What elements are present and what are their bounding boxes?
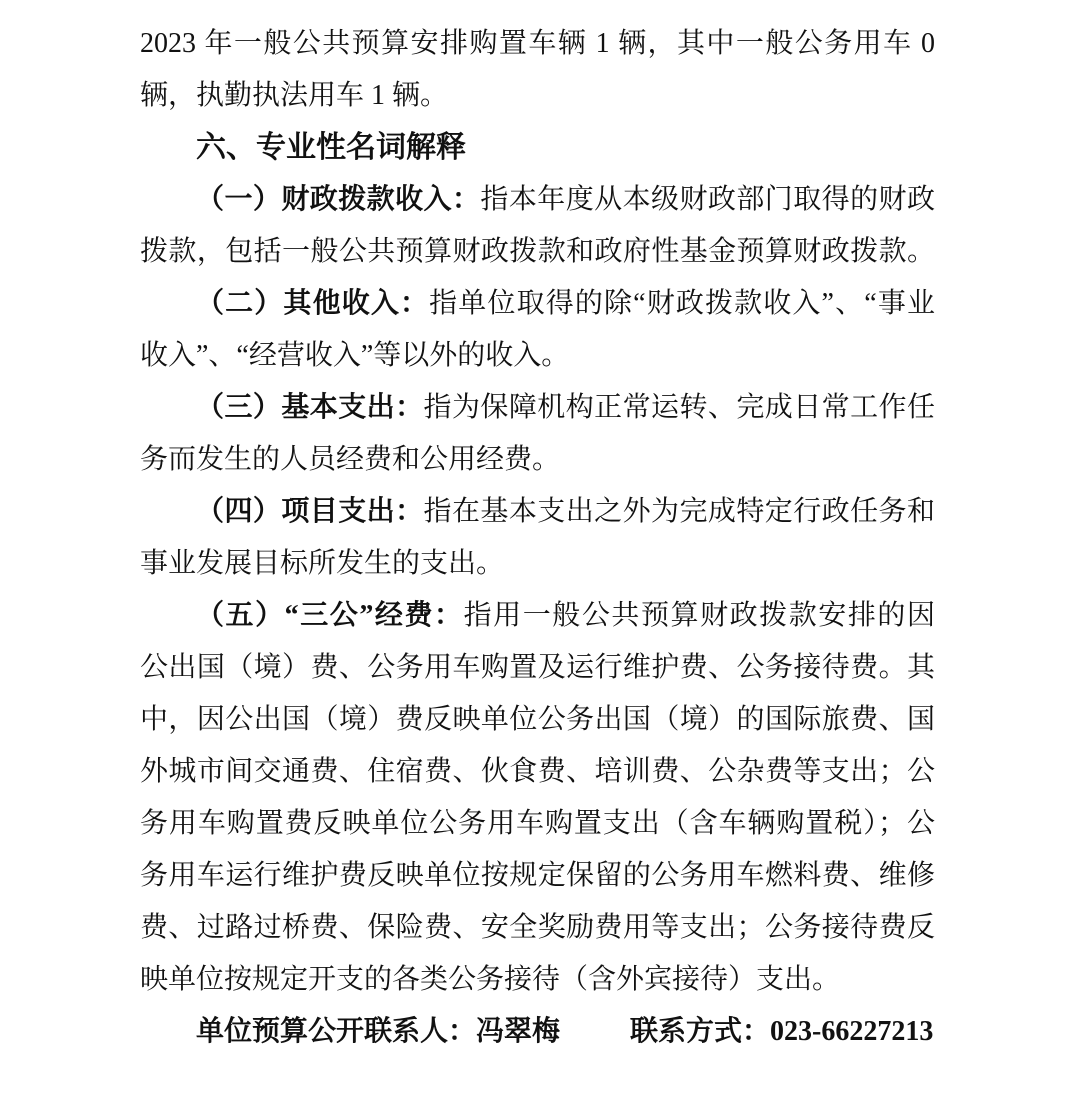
text-line: 映单位按规定开支的各类公务接待（含外宾接待）支出。 [140, 954, 935, 1006]
text-segment: 辆，执勤执法用车 1 辆。 [140, 80, 448, 111]
text-segment: 公出国（境）费、公务用车购置及运行维护费、公务接待费。其 [140, 652, 935, 683]
text-line: 外城市间交通费、住宿费、伙食费、培训费、公杂费等支出；公 [140, 746, 935, 798]
text-line: 收入”、“经营收入”等以外的收入。 [140, 330, 935, 382]
text-segment: 单位预算公开联系人：冯翠梅 [196, 1016, 560, 1047]
text-segment: （五）“三公”经费： [196, 600, 464, 631]
text-segment: 中，因公出国（境）费反映单位公务出国（境）的国际旅费、国 [140, 704, 935, 735]
text-segment: 映单位按规定开支的各类公务接待（含外宾接待）支出。 [140, 964, 840, 995]
text-line: （一）财政拨款收入：指本年度从本级财政部门取得的财政 [140, 174, 935, 226]
text-line: 务而发生的人员经费和公用经费。 [140, 434, 935, 486]
text-segment: 2023 年一般公共预算安排购置车辆 1 辆，其中一般公务用车 0 [140, 28, 935, 59]
contact-line: 单位预算公开联系人：冯翠梅联系方式：023-66227213 [140, 1006, 935, 1058]
text-line: （三）基本支出：指为保障机构正常运转、完成日常工作任 [140, 382, 935, 434]
text-segment: 指在基本支出之外为完成特定行政任务和 [424, 496, 935, 527]
text-line: 务用车购置费反映单位公务用车购置支出（含车辆购置税）；公 [140, 798, 935, 850]
text-segment: 费、过路过桥费、保险费、安全奖励费用等支出；公务接待费反 [140, 912, 935, 943]
text-line: （二）其他收入：指单位取得的除“财政拨款收入”、“事业 [140, 278, 935, 330]
text-segment: 指本年度从本级财政部门取得的财政 [480, 184, 935, 215]
text-line: （四）项目支出：指在基本支出之外为完成特定行政任务和 [140, 486, 935, 538]
text-segment: 指单位取得的除“财政拨款收入”、“事业 [429, 288, 935, 319]
text-segment: （一）财政拨款收入： [196, 184, 480, 215]
document-body: 2023 年一般公共预算安排购置车辆 1 辆，其中一般公务用车 0辆，执勤执法用… [0, 0, 1074, 1058]
text-segment: 指用一般公共预算财政拨款安排的因 [464, 600, 935, 631]
section-heading: 六、专业性名词解释 [140, 122, 935, 174]
text-segment: 务用车购置费反映单位公务用车购置支出（含车辆购置税）；公 [140, 808, 935, 839]
text-line: 公出国（境）费、公务用车购置及运行维护费、公务接待费。其 [140, 642, 935, 694]
text-line: 拨款，包括一般公共预算财政拨款和政府性基金预算财政拨款。 [140, 226, 935, 278]
text-line: 2023 年一般公共预算安排购置车辆 1 辆，其中一般公务用车 0 [140, 18, 935, 70]
text-segment: （四）项目支出： [196, 496, 424, 527]
text-segment: （二）其他收入： [196, 288, 429, 319]
text-segment: 指为保障机构正常运转、完成日常工作任 [424, 392, 935, 423]
text-segment: 务用车运行维护费反映单位按规定保留的公务用车燃料费、维修 [140, 860, 935, 891]
text-segment: 收入”、“经营收入”等以外的收入。 [140, 340, 569, 371]
text-segment: 拨款，包括一般公共预算财政拨款和政府性基金预算财政拨款。 [140, 236, 935, 267]
text-segment: 事业发展目标所发生的支出。 [140, 548, 504, 579]
text-segment: （三）基本支出： [196, 392, 424, 423]
text-line: 费、过路过桥费、保险费、安全奖励费用等支出；公务接待费反 [140, 902, 935, 954]
text-line: 辆，执勤执法用车 1 辆。 [140, 70, 935, 122]
text-segment: 务而发生的人员经费和公用经费。 [140, 444, 560, 475]
text-segment: 六、专业性名词解释 [196, 131, 466, 164]
text-segment: 联系方式：023-66227213 [630, 1016, 933, 1047]
spacer [560, 1039, 630, 1040]
text-segment: 外城市间交通费、住宿费、伙食费、培训费、公杂费等支出；公 [140, 756, 935, 787]
text-line: （五）“三公”经费：指用一般公共预算财政拨款安排的因 [140, 590, 935, 642]
document-page: 2023 年一般公共预算安排购置车辆 1 辆，其中一般公务用车 0辆，执勤执法用… [0, 0, 1074, 1098]
text-line: 中，因公出国（境）费反映单位公务出国（境）的国际旅费、国 [140, 694, 935, 746]
text-line: 事业发展目标所发生的支出。 [140, 538, 935, 590]
text-line: 务用车运行维护费反映单位按规定保留的公务用车燃料费、维修 [140, 850, 935, 902]
